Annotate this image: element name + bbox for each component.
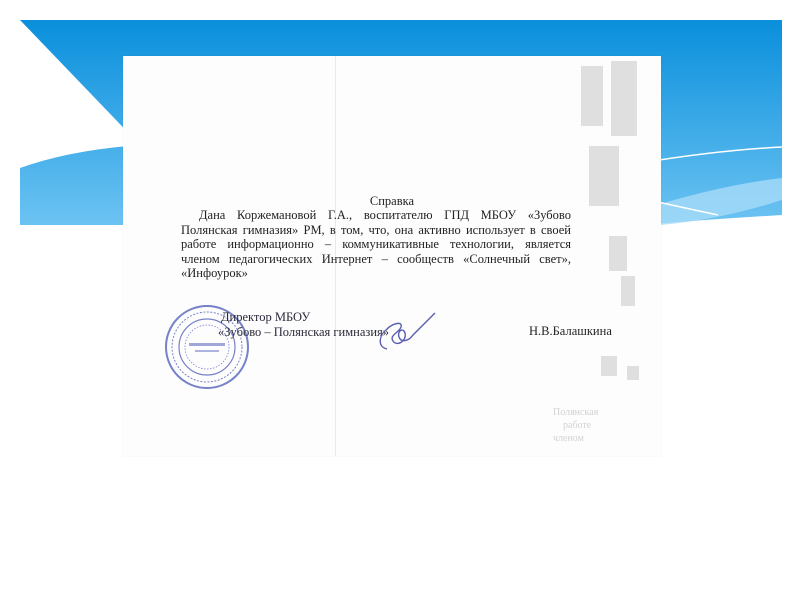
scanned-certificate: Справка Дана Коржемановой Г.А., воспитат… xyxy=(123,56,661,456)
faded-margin-text: Полянская работе членом xyxy=(553,406,598,445)
signer-name: Н.В.Балашкина xyxy=(529,324,612,339)
document-title: Справка xyxy=(123,194,661,209)
signature-block: Директор МБОУ «Зубово – Полянская гимназ… xyxy=(163,303,623,383)
signer-role-line2: «Зубово – Полянская гимназия» xyxy=(218,325,389,340)
body-text: Дана Коржемановой Г.А., воспитателю ГПД … xyxy=(181,208,571,281)
document-body: Дана Коржемановой Г.А., воспитателю ГПД … xyxy=(181,208,571,281)
signer-role-line1: Директор МБОУ xyxy=(221,310,310,325)
handwritten-signature-icon xyxy=(373,307,443,355)
